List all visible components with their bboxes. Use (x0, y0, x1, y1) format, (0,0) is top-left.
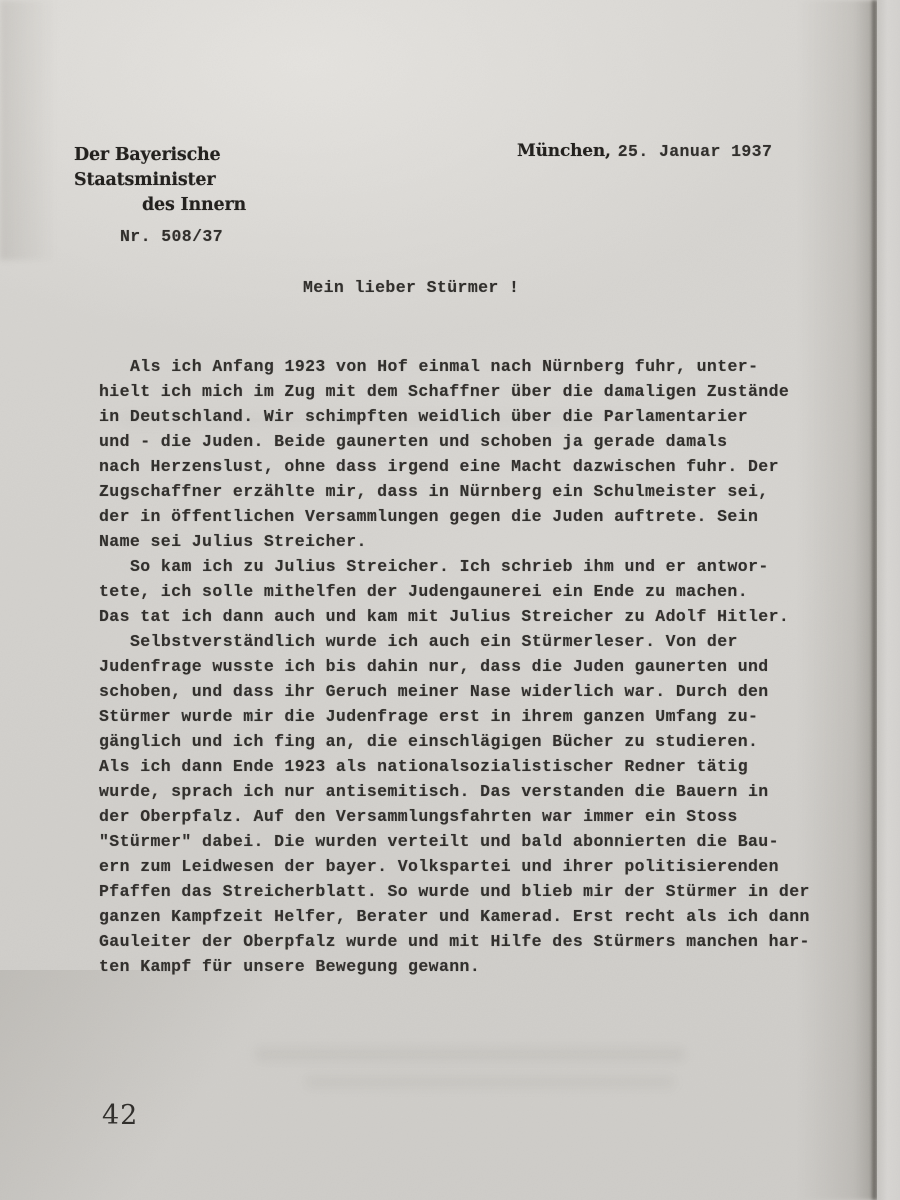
letter-line: hielt ich mich im Zug mit dem Schaffner … (99, 379, 839, 404)
dateline: München, 25. Januar 1937 (517, 141, 772, 161)
salutation: Mein lieber Stürmer ! (303, 278, 519, 297)
page-number: 42 (102, 1100, 138, 1131)
letter-line: "Stürmer" dabei. Die wurden verteilt und… (99, 829, 839, 854)
letter-line: in Deutschland. Wir schimpften weidlich … (99, 404, 839, 429)
letter-line: wurde, sprach ich nur antisemitisch. Das… (99, 779, 839, 804)
letter-line: Selbstverständlich wurde ich auch ein St… (99, 629, 839, 654)
letter-line: Gauleiter der Oberpfalz wurde und mit Hi… (99, 929, 839, 954)
letterhead-line2: des Innern (74, 193, 314, 218)
ink-bleed-smudge (305, 1076, 675, 1088)
letterhead-line1: Der Bayerische Staatsminister (74, 143, 314, 193)
letter-line: und - die Juden. Beide gaunerten und sch… (99, 429, 839, 454)
top-left-shadow (0, 0, 70, 260)
letter-line: Pfaffen das Streicherblatt. So wurde und… (99, 879, 839, 904)
letter-line: ten Kampf für unsere Bewegung gewann. (99, 954, 839, 979)
letter-line: Stürmer wurde mir die Judenfrage erst in… (99, 704, 839, 729)
ink-bleed-smudge (255, 1048, 685, 1061)
dateline-place: München, (517, 141, 611, 161)
letter-line: Name sei Julius Streicher. (99, 529, 839, 554)
letter-line: Zugschaffner erzählte mir, dass in Nürnb… (99, 479, 839, 504)
letter-line: gänglich und ich fing an, die einschlägi… (99, 729, 839, 754)
letter-line: ern zum Leidwesen der bayer. Volkspartei… (99, 854, 839, 879)
letterhead: Der Bayerische Staatsminister des Innern (74, 143, 314, 218)
reference-number: Nr. 508/37 (120, 227, 223, 246)
letter-line: schoben, und dass ihr Geruch meiner Nase… (99, 679, 839, 704)
letter-line: ganzen Kampfzeit Helfer, Berater und Kam… (99, 904, 839, 929)
letter-line: der Oberpfalz. Auf den Versammlungsfahrt… (99, 804, 839, 829)
letter-line: Als ich Anfang 1923 von Hof einmal nach … (99, 354, 839, 379)
letter-line: So kam ich zu Julius Streicher. Ich schr… (99, 554, 839, 579)
letter-line: tete, ich solle mithelfen der Judengaune… (99, 579, 839, 604)
page-edge-strip (877, 0, 900, 1200)
scanned-letter-page: Der Bayerische Staatsminister des Innern… (0, 0, 900, 1200)
dateline-date: 25. Januar 1937 (618, 142, 773, 161)
letter-line: nach Herzenslust, ohne dass irgend eine … (99, 454, 839, 479)
letter-line: Als ich dann Ende 1923 als nationalsozia… (99, 754, 839, 779)
letter-line: der in öffentlichen Versammlungen gegen … (99, 504, 839, 529)
letter-body: Als ich Anfang 1923 von Hof einmal nach … (99, 354, 839, 979)
letter-line: Das tat ich dann auch und kam mit Julius… (99, 604, 839, 629)
letter-line: Judenfrage wusste ich bis dahin nur, das… (99, 654, 839, 679)
